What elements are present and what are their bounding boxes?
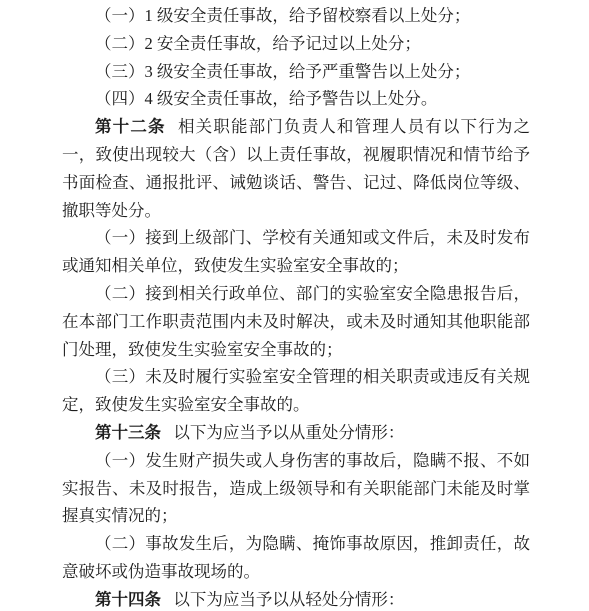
article-paragraph: 第十四条以下为应当予以从轻处分情形： xyxy=(62,586,530,611)
list-item: （四）4 级安全责任事故，给予警告以上处分。 xyxy=(62,85,530,113)
article-number: 第十四条 xyxy=(95,590,161,609)
list-item: （一）1 级安全责任事故，给予留校察看以上处分； xyxy=(62,2,530,30)
item-text: （二）接到相关行政单位、部门的实验室安全隐患报告后，在本部门工作职责范围内未及时… xyxy=(62,284,530,359)
article-number: 第十二条 xyxy=(95,117,166,136)
item-text: （一）1 级安全责任事故，给予留校察看以上处分； xyxy=(95,6,470,25)
item-text: （二）2 安全责任事故，给予记过以上处分； xyxy=(95,34,421,53)
list-item: （一）发生财产损失或人身伤害的事故后，隐瞒不报、不如实报告、未及时报告，造成上级… xyxy=(62,447,530,530)
item-text: （一）发生财产损失或人身伤害的事故后，隐瞒不报、不如实报告、未及时报告，造成上级… xyxy=(62,451,530,526)
article-paragraph: 第十三条以下为应当予以从重处分情形： xyxy=(62,419,530,447)
item-text: （四）4 级安全责任事故，给予警告以上处分。 xyxy=(95,89,437,108)
item-text: （三）未及时履行实验室安全管理的相关职责或违反有关规定，致使发生实验室安全事故的… xyxy=(62,367,530,414)
list-item: （二）2 安全责任事故，给予记过以上处分； xyxy=(62,30,530,58)
list-item: （一）接到上级部门、学校有关通知或文件后，未及时发布或通知相关单位，致使发生实验… xyxy=(62,224,530,280)
item-text: （三）3 级安全责任事故，给予严重警告以上处分； xyxy=(95,62,470,81)
document-page: （一）1 级安全责任事故，给予留校察看以上处分； （二）2 安全责任事故，给予记… xyxy=(0,0,589,611)
list-item: （二）事故发生后，为隐瞒、掩饰事故原因，推卸责任，故意破坏或伪造事故现场的。 xyxy=(62,530,530,586)
item-text: （二）事故发生后，为隐瞒、掩饰事故原因，推卸责任，故意破坏或伪造事故现场的。 xyxy=(62,534,530,581)
list-item: （三）3 级安全责任事故，给予严重警告以上处分； xyxy=(62,58,530,86)
list-item: （三）未及时履行实验室安全管理的相关职责或违反有关规定，致使发生实验室安全事故的… xyxy=(62,363,530,419)
list-item: （二）接到相关行政单位、部门的实验室安全隐患报告后，在本部门工作职责范围内未及时… xyxy=(62,280,530,363)
article-paragraph: 第十二条相关职能部门负责人和管理人员有以下行为之一，致使出现较大（含）以上责任事… xyxy=(62,113,530,224)
article-number: 第十三条 xyxy=(95,423,161,442)
item-text: （一）接到上级部门、学校有关通知或文件后，未及时发布或通知相关单位，致使发生实验… xyxy=(62,228,530,275)
article-text: 以下为应当予以从轻处分情形： xyxy=(173,590,404,609)
article-text: 以下为应当予以从重处分情形： xyxy=(173,423,404,442)
